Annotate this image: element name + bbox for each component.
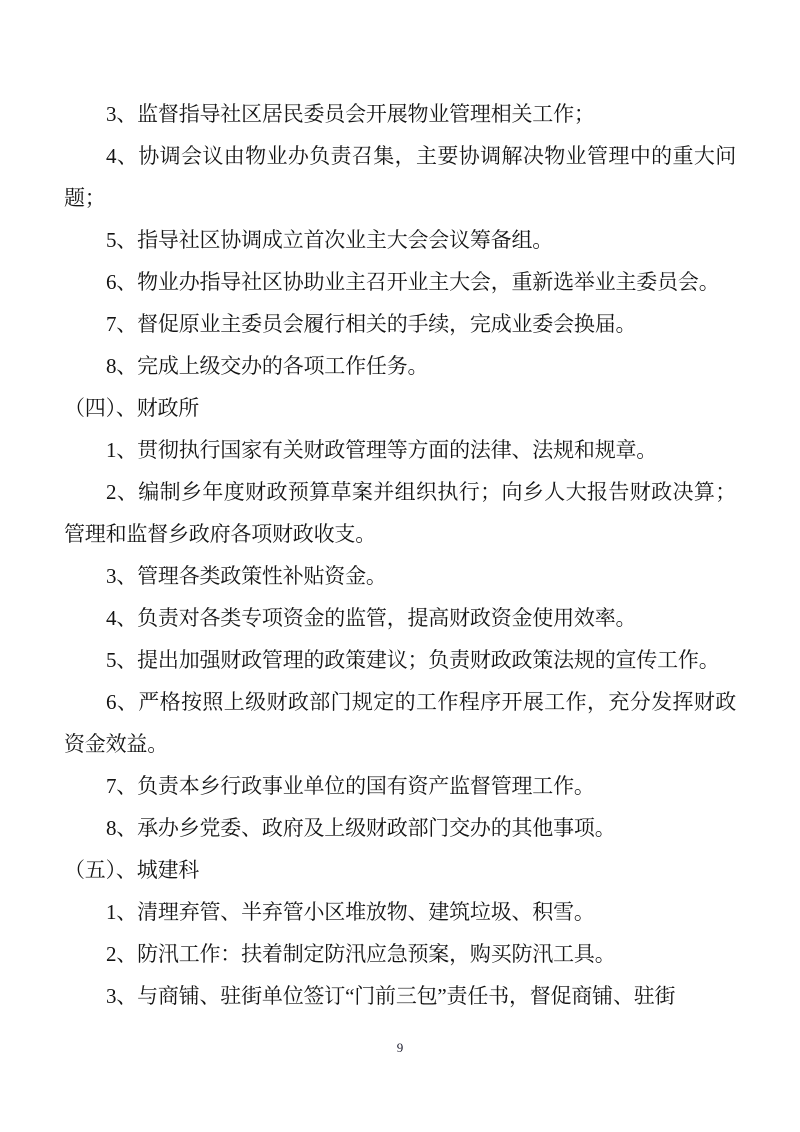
list-item-paragraph: 2、防汛工作：扶着制定防汛应急预案，购买防汛工具。 <box>64 933 736 975</box>
list-item-paragraph: 7、督促原业主委员会履行相关的手续，完成业委会换届。 <box>64 303 736 345</box>
list-item-paragraph: 6、物业办指导社区协助业主召开业主大会，重新选举业主委员会。 <box>64 261 736 303</box>
list-item-paragraph: 7、负责本乡行政事业单位的国有资产监督管理工作。 <box>64 765 736 807</box>
list-item-paragraph: 5、指导社区协调成立首次业主大会会议筹备组。 <box>64 219 736 261</box>
document-body: 3、监督指导社区居民委员会开展物业管理相关工作；4、协调会议由物业办负责召集，主… <box>64 93 736 1017</box>
document-page: 3、监督指导社区居民委员会开展物业管理相关工作；4、协调会议由物业办负责召集，主… <box>0 0 800 1132</box>
list-item-paragraph: 1、贯彻执行国家有关财政管理等方面的法律、法规和规章。 <box>64 429 736 471</box>
list-item-paragraph: 1、清理弃管、半弃管小区堆放物、建筑垃圾、积雪。 <box>64 891 736 933</box>
section-heading: （四）、财政所 <box>64 387 736 429</box>
list-item-paragraph: 8、完成上级交办的各项工作任务。 <box>64 345 736 387</box>
list-item-paragraph: 8、承办乡党委、政府及上级财政部门交办的其他事项。 <box>64 807 736 849</box>
list-item-paragraph: 3、管理各类政策性补贴资金。 <box>64 555 736 597</box>
list-item-paragraph: 2、编制乡年度财政预算草案并组织执行；向乡人大报告财政决算；管理和监督乡政府各项… <box>64 471 736 555</box>
list-item-paragraph: 4、负责对各类专项资金的监管，提高财政资金使用效率。 <box>64 597 736 639</box>
list-item-paragraph: 4、协调会议由物业办负责召集，主要协调解决物业管理中的重大问题； <box>64 135 736 219</box>
list-item-paragraph: 6、严格按照上级财政部门规定的工作程序开展工作，充分发挥财政资金效益。 <box>64 681 736 765</box>
list-item-paragraph: 3、监督指导社区居民委员会开展物业管理相关工作； <box>64 93 736 135</box>
section-heading: （五）、城建科 <box>64 849 736 891</box>
page-number: 9 <box>0 1038 800 1058</box>
list-item-paragraph: 3、与商铺、驻街单位签订“门前三包”责任书，督促商铺、驻街 <box>64 975 736 1017</box>
list-item-paragraph: 5、提出加强财政管理的政策建议；负责财政政策法规的宣传工作。 <box>64 639 736 681</box>
